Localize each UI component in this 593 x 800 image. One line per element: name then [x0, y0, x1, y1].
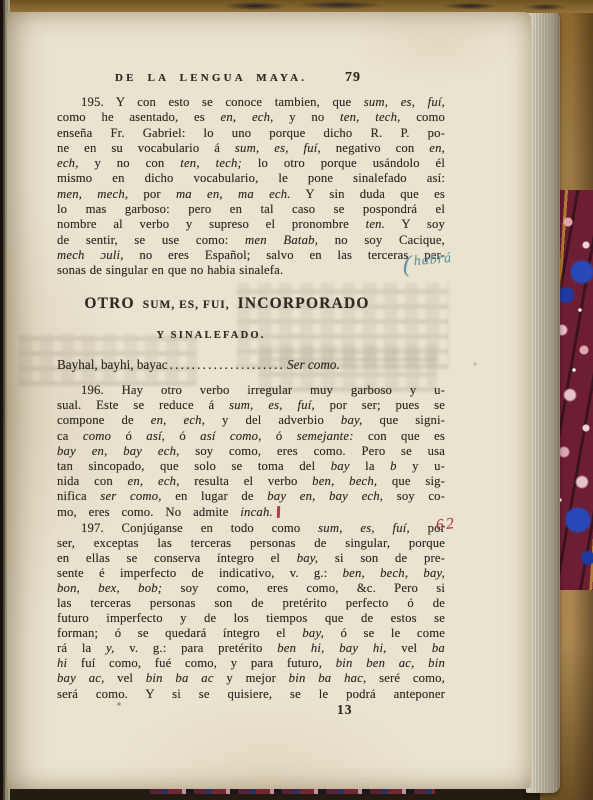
text-line: sual. Este se reduce á sum, es, fuí, por… — [57, 398, 445, 413]
text-line: hi fuí como, fué como, y para futuro, bi… — [57, 656, 445, 671]
text-line: nifica ser como, en lugar de bay en, bay… — [57, 489, 445, 504]
text-line: las terceras personas son de pretérito p… — [57, 596, 445, 611]
text-line: bon, bex, bob; soy como, eres como, &c. … — [57, 581, 445, 596]
text-line: sente é imperfecto de indicativo, v. g.:… — [57, 566, 445, 581]
signature-number: 13 — [337, 702, 353, 718]
text-line: forman; ó se quedará íntegro el bay, ó s… — [57, 626, 445, 641]
text-line: ser, exceptas las terceras personas de s… — [57, 536, 445, 551]
heading-sum-es-fui: sum, es, fui, — [143, 299, 230, 311]
text-line: como he asentado, es en, ech, y no ten, … — [57, 110, 445, 125]
maya-forms: Bayhal, bayhi, bayac — [57, 357, 168, 372]
page-number: 79 — [345, 70, 361, 86]
spanish-translation: Ser como. — [287, 357, 340, 372]
text-line: de sentir, se use como: men Batab, no so… — [57, 233, 445, 248]
conjugation-leader-line: Bayhal, bayhi, bayac....................… — [57, 357, 407, 373]
running-title: DE LA LENGUA MAYA. — [115, 72, 307, 84]
text-line: lo mas garboso: pero en tal caso se posp… — [57, 202, 445, 217]
text-line: rá la y, v. g.: para pretérito ben hi, b… — [57, 641, 445, 656]
text-line: bay en, bay ech, soy como, eres como. Pe… — [57, 444, 445, 459]
running-header: DE LA LENGUA MAYA. 79 — [57, 70, 457, 86]
handwritten-bracket: ( — [403, 252, 412, 279]
text-line: tan sincopado, que solo se toma del bay … — [57, 459, 445, 474]
paragraph-196: 196. Hay otro verbo irregular muy garbos… — [57, 383, 445, 520]
handwritten-word: habrá — [413, 251, 453, 269]
text-line: ne en su vocabulario á sum, es, fuí, neg… — [57, 141, 445, 156]
text-line: nida con en, ech, resulta el verbo ben, … — [57, 474, 445, 489]
text-line: compone de en, ech, y del adverbio bay, … — [57, 413, 445, 428]
book-fore-edge — [526, 9, 560, 793]
handwritten-number-62: 62 — [435, 515, 457, 535]
text-line: 197. Conjúganse en todo como sum, es, fu… — [57, 521, 445, 536]
paragraph-195: 195. Y con esto se conoce tambien, que s… — [57, 95, 445, 279]
text-line: nombre al verbo y supreso el pronombre t… — [57, 217, 445, 232]
leader-dots: ..................... — [170, 357, 285, 372]
text-line: ech, y no con ten, tech; lo otro porque … — [57, 156, 445, 171]
text-line: sonas de singular en que no habia sinale… — [57, 263, 445, 278]
handwritten-note-habra: (habrá — [402, 248, 454, 279]
text-line: men, mech, por ma en, ma ech. Y sin duda… — [57, 187, 445, 202]
paragraph-197: 197. Conjúganse en todo como sum, es, fu… — [57, 521, 445, 702]
text-line: será como. Y si se quisiere, se le podrá… — [57, 687, 445, 702]
photograph-of-open-book: { "header": { "running_title": "DE LA LE… — [0, 0, 593, 800]
section-heading: OTRO sum, es, fui, INCORPORADO — [33, 295, 421, 313]
text-line: mo, eres como. No admite incah. — [57, 505, 445, 520]
text-line: enseña Fr. Gabriel: lo uno porque dicho … — [57, 126, 445, 141]
text-line: 195. Y con esto se conoce tambien, que s… — [57, 95, 445, 110]
text-line: mech ɔuli, no eres Español; salvo en las… — [57, 248, 445, 263]
text-line: 196. Hay otro verbo irregular muy garbos… — [57, 383, 445, 398]
text-line: bay ac, vel bin ba ac y mejor bin ba hac… — [57, 671, 445, 686]
book-page: DE LA LENGUA MAYA. 79 195. Y con esto se… — [7, 12, 531, 789]
heading-word-incorporado: INCORPORADO — [238, 295, 370, 312]
text-line: en ellas se conserva íntegro el bay, si … — [57, 551, 445, 566]
text-line: futuro imperfecto y de los tiempos que d… — [57, 611, 445, 626]
text-line: ca como ó así, ó así como, ó semejante: … — [57, 429, 445, 444]
section-subheading: Y SINALEFADO. — [17, 330, 405, 341]
text-line: mismo en dicho vocabulario, le pone sina… — [57, 171, 445, 186]
heading-word-otro: OTRO — [84, 295, 134, 312]
red-ink-mark — [277, 505, 280, 517]
